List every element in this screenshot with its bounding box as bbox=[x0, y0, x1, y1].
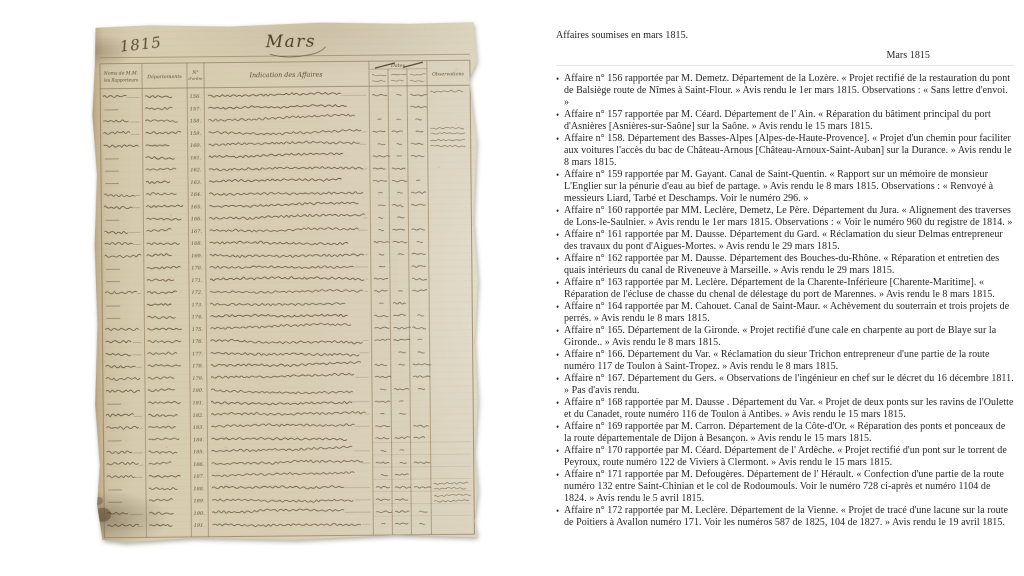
entry-item: Affaire n° 156 rapportée par M. Demetz. … bbox=[556, 73, 1014, 109]
ledger-row-number: 175. bbox=[192, 327, 204, 333]
entry-item: Affaire n° 160 rapportée par MM. Leclère… bbox=[556, 205, 1014, 229]
entry-item: Affaire n° 161 rapportée par M. Dausse. … bbox=[556, 229, 1014, 253]
ledger-row-number: 163. bbox=[190, 180, 202, 186]
ledger-row-number: 172. bbox=[191, 290, 203, 296]
ledger-column-header: d'ordre bbox=[188, 76, 203, 81]
entry-item: Affaire n° 169 rapportée par M. Carron. … bbox=[556, 421, 1014, 445]
entry-item: Affaire n° 165. Département de la Girond… bbox=[556, 325, 1014, 349]
entry-item: Affaire n° 168 rapportée par M. Dausse .… bbox=[556, 397, 1014, 421]
ledger-row-number: 157. bbox=[190, 106, 202, 112]
entry-item: Affaire n° 166. Département du Var. « Ré… bbox=[556, 349, 1014, 373]
entry-item: Affaire n° 167. Département du Gers. « O… bbox=[556, 373, 1014, 397]
ledger-row-number: 162. bbox=[190, 167, 202, 173]
ledger-row-number: 176. bbox=[192, 339, 204, 345]
ledger-row-number: 168. bbox=[191, 241, 203, 247]
ledger-row-number: 183. bbox=[193, 425, 205, 431]
ledger-row-number: 186. bbox=[193, 462, 205, 468]
ledger-column-header: Indication des Affaires bbox=[248, 71, 323, 80]
ledger-column-header: Dates bbox=[390, 63, 406, 69]
ledger-row-number: 171. bbox=[191, 278, 203, 284]
divider bbox=[556, 65, 1014, 66]
entry-item: Affaire n° 170 rapportée par M. Céard. D… bbox=[556, 445, 1014, 469]
ledger-row-number: 190. bbox=[194, 511, 206, 517]
ledger-row-number: 185. bbox=[193, 449, 205, 455]
period-label: Mars 1815 bbox=[556, 50, 1014, 62]
ledger-row-number: 170. bbox=[191, 265, 203, 271]
ledger-row-number: 189. bbox=[193, 498, 205, 504]
ledger-row-number: 165. bbox=[191, 204, 203, 210]
entry-item: Affaire n° 171 rapportée par M. Defougèr… bbox=[556, 469, 1014, 505]
ledger-column-header: les Rapporteurs bbox=[104, 77, 138, 82]
ledger-row-number: 182. bbox=[193, 413, 205, 419]
entries-list: Affaire n° 156 rapportée par M. Demetz. … bbox=[556, 73, 1014, 529]
ledger-row-number: 156. bbox=[190, 94, 202, 100]
ledger-row-number: 184. bbox=[193, 437, 205, 443]
entry-item: Affaire n° 157 rapportée par M. Céard. D… bbox=[556, 109, 1014, 133]
ledger-row-number: 177. bbox=[192, 351, 204, 357]
entry-item: Affaire n° 164 rapportée par M. Cahouet.… bbox=[556, 301, 1014, 325]
ledger-row-number: 191. bbox=[194, 523, 206, 529]
ledger-row-number: 179. bbox=[192, 376, 204, 382]
entry-item: Affaire n° 159 rapportée par M. Gayant. … bbox=[556, 169, 1014, 205]
ledger-row-number: 173. bbox=[192, 302, 204, 308]
ledger-column-header: N° bbox=[191, 70, 198, 76]
ledger-column-header: Départements bbox=[146, 73, 182, 80]
manuscript-paper: 1815 Mars Noms de M.M.les RapporteursDép… bbox=[90, 21, 485, 545]
ledger-row-number: 161. bbox=[190, 155, 202, 161]
folio-number: 1815 bbox=[119, 33, 163, 56]
ledger-row-number: 166. bbox=[191, 216, 203, 222]
ledger-row-number: 187. bbox=[193, 474, 205, 480]
ledger-column-header: Noms de M.M. bbox=[103, 70, 139, 76]
ledger-row-number: 181. bbox=[193, 400, 205, 406]
ledger-row-number: 178. bbox=[192, 364, 204, 370]
entry-item: Affaire n° 172 rapportée par M. Leclère.… bbox=[556, 505, 1014, 529]
ledger-row-number: 167. bbox=[191, 229, 203, 235]
ledger-table: Noms de M.M.les RapporteursDépartementsN… bbox=[90, 21, 485, 545]
ledger-row-number: 158. bbox=[190, 118, 202, 124]
ledger-column-header: Observations bbox=[432, 71, 465, 77]
ledger-row-number: 160. bbox=[190, 143, 202, 149]
ledger-row-number: 164. bbox=[191, 192, 203, 198]
ledger-row-number: 159. bbox=[190, 131, 202, 137]
ledger-row-number: 169. bbox=[191, 253, 203, 259]
transcription-panel: Affaires soumises en mars 1815. Mars 181… bbox=[556, 30, 1014, 529]
month-title: Mars bbox=[266, 32, 317, 52]
ledger-row-number: 188. bbox=[193, 486, 205, 492]
transcription-header: Affaires soumises en mars 1815. bbox=[556, 30, 1014, 42]
ledger-row-number: 174. bbox=[192, 314, 204, 320]
manuscript-scan-panel: 1815 Mars Noms de M.M.les RapporteursDép… bbox=[90, 21, 485, 545]
entry-item: Affaire n° 162 rapportée par M. Dausse. … bbox=[556, 253, 1014, 277]
ledger-row-number: 180. bbox=[192, 388, 204, 394]
entry-item: Affaire n° 158. Département des Basses-A… bbox=[556, 133, 1014, 169]
entry-item: Affaire n° 163 rapportée par M. Leclère.… bbox=[556, 277, 1014, 301]
screenshot-root: 1815 Mars Noms de M.M.les RapporteursDép… bbox=[0, 0, 1024, 576]
